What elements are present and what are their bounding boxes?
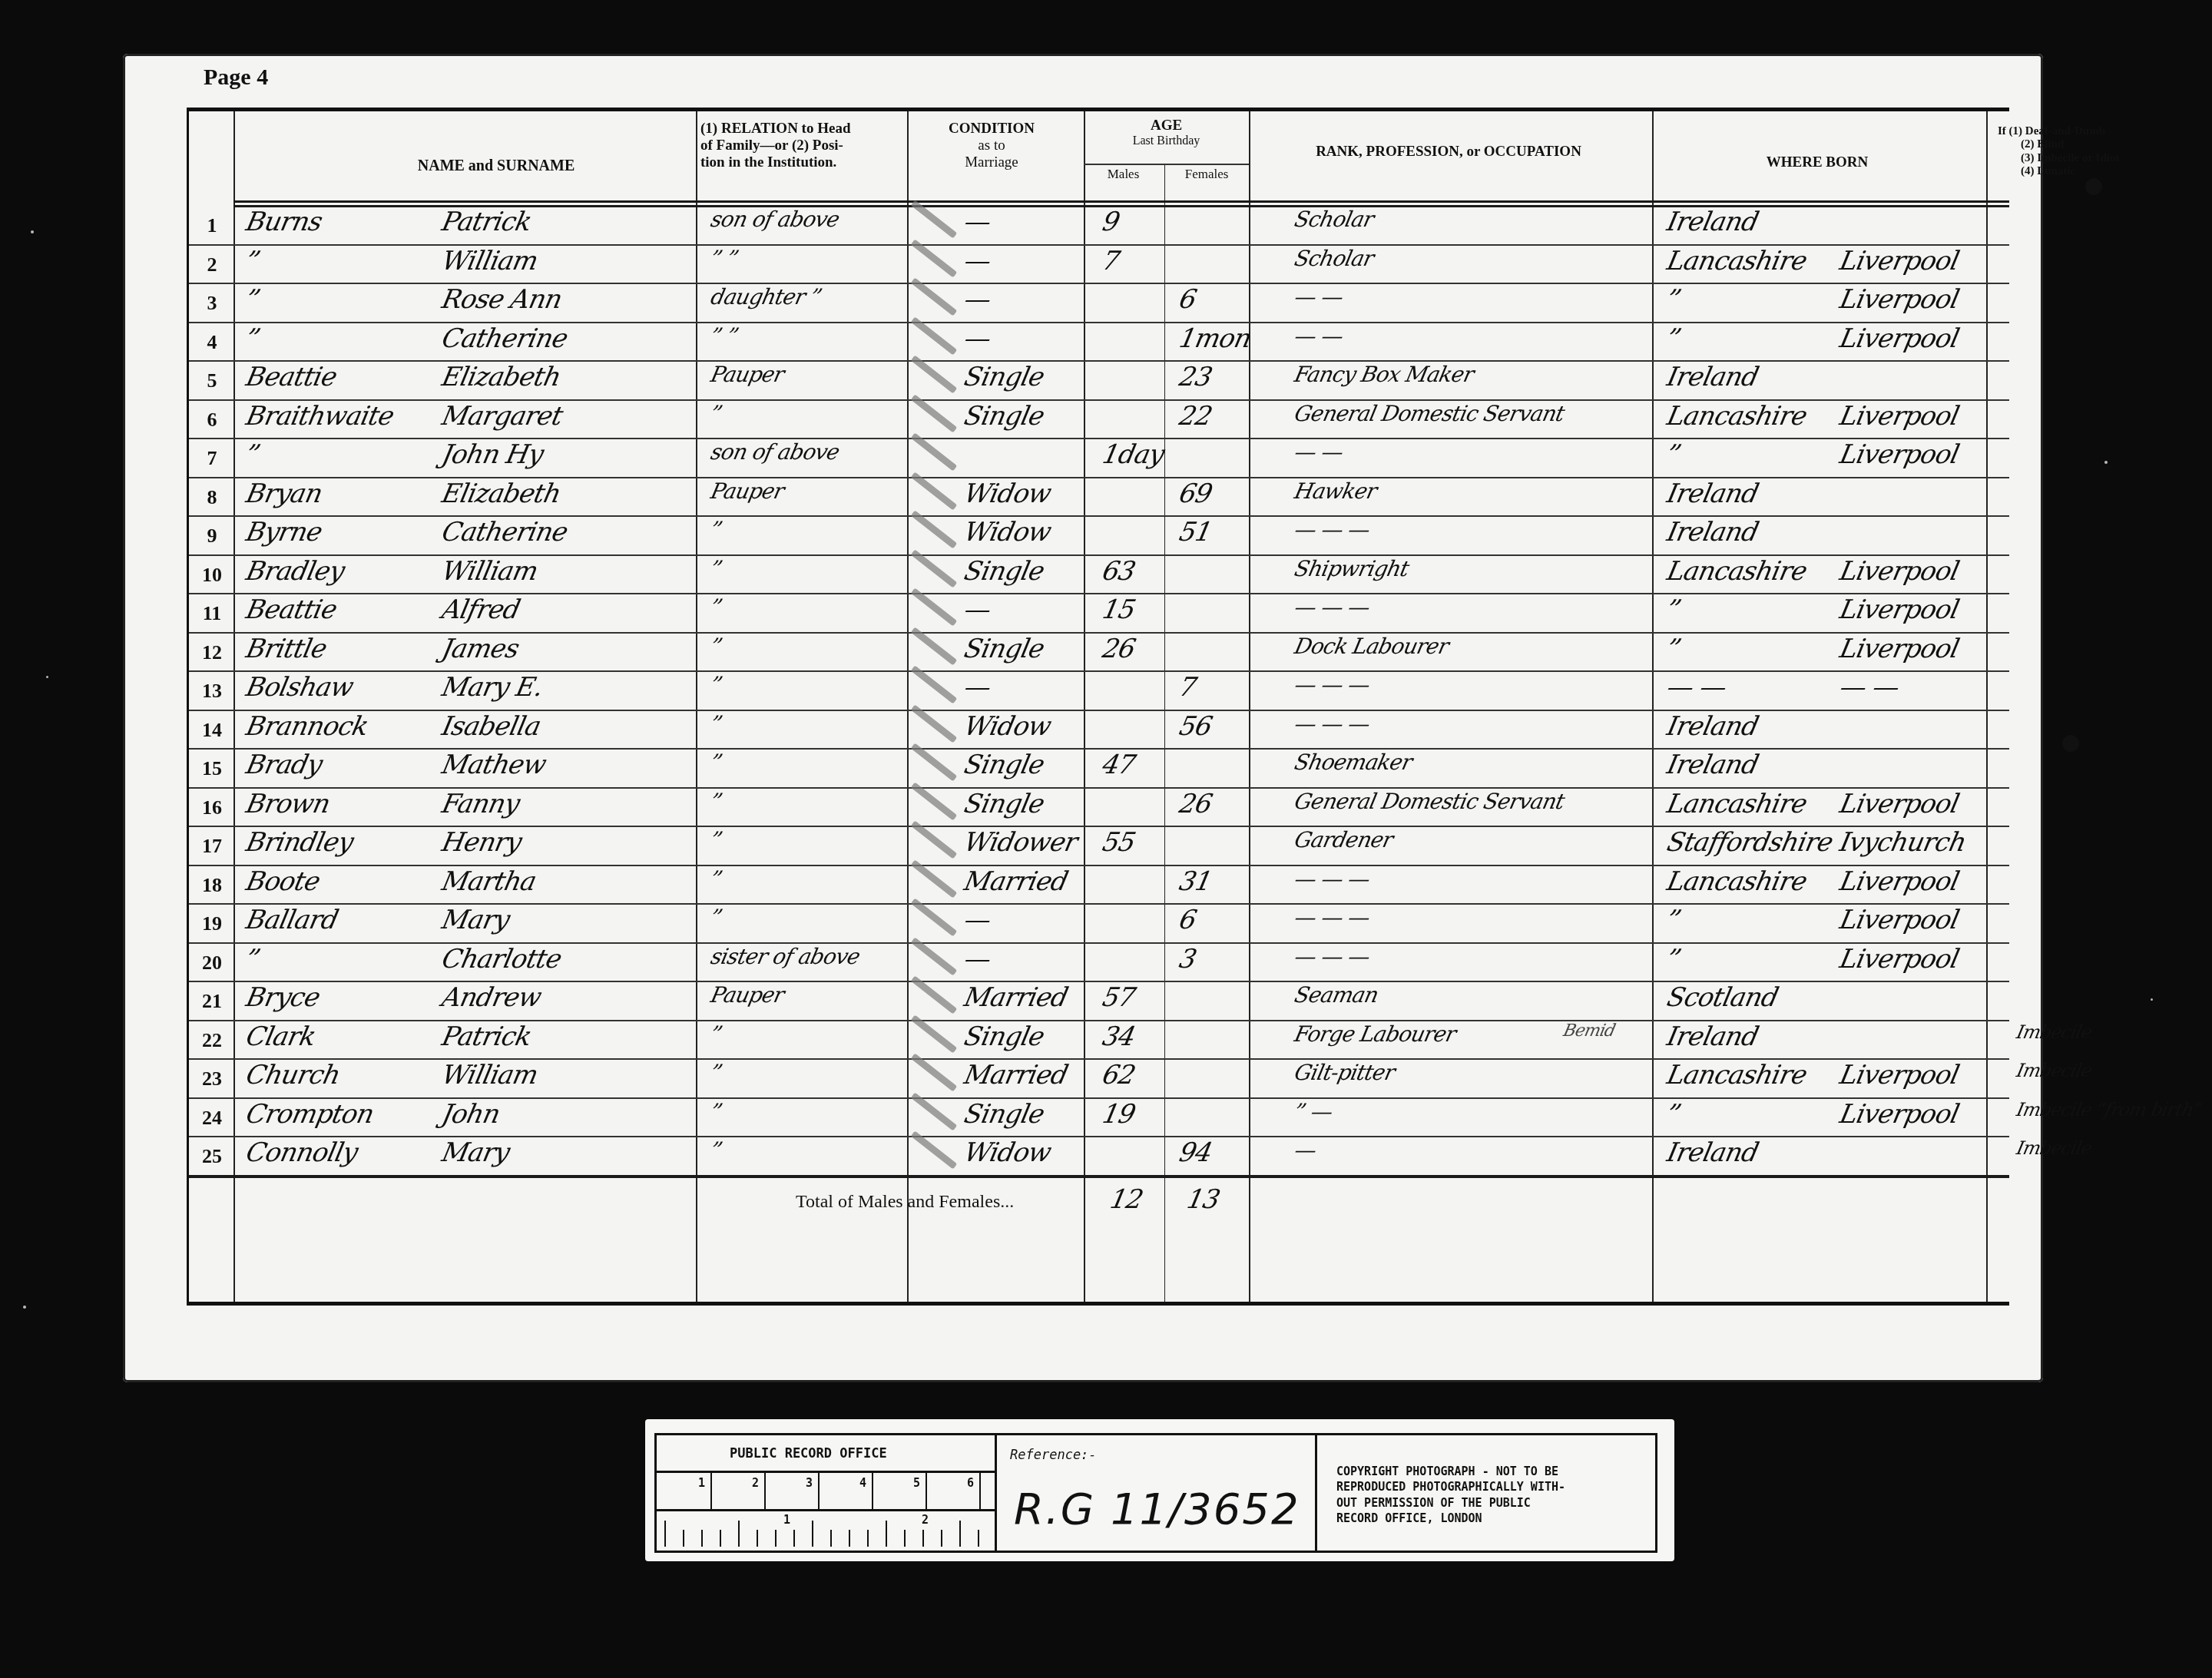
birthplace-county-cell: ” — [1664, 439, 1684, 470]
ruler-division — [872, 1473, 873, 1509]
occupation-note-cell: Bemid — [1561, 1021, 1616, 1041]
ruler-number: 5 — [913, 1476, 920, 1490]
birthplace-county-cell: ” — [1664, 323, 1684, 354]
age-female-cell: 51 — [1177, 517, 1215, 548]
header-age-subtitle: Last Birthday — [1084, 134, 1249, 148]
forename-cell: Elizabeth — [439, 362, 564, 392]
relation-cell: ” — [708, 401, 724, 426]
forename-cell: Mary E. — [439, 672, 545, 703]
birthplace-town-cell: Liverpool — [1837, 944, 1962, 975]
relation-cell: ” — [708, 905, 724, 930]
table-row: 4”Catherine” ”—1mon— —”Liverpool — [189, 322, 2009, 361]
forename-cell: Alfred — [439, 594, 523, 625]
ruler-division — [818, 1473, 820, 1509]
row-number: 25 — [189, 1145, 235, 1168]
age-female-cell: 1mon — [1177, 323, 1254, 354]
birthplace-county-cell: ” — [1664, 1099, 1684, 1130]
condition-cell: Widow — [962, 1137, 1054, 1168]
copyright-line: RECORD OFFICE, LONDON — [1336, 1511, 1565, 1526]
ruler-tick — [720, 1530, 721, 1547]
age-male-cell: 26 — [1100, 634, 1138, 664]
table-row: 19BallardMary”—6— — —”Liverpool — [189, 903, 2009, 942]
ruler-tick — [959, 1521, 961, 1547]
surname-cell: ” — [243, 284, 263, 315]
pencil-tally-mark — [911, 975, 958, 1014]
table-row: 6BraithwaiteMargaret”Single22General Dom… — [189, 399, 2009, 439]
age-male-cell: 1day — [1100, 439, 1167, 470]
surname-cell: Burns — [243, 207, 325, 237]
header-relation-line: of Family—or (2) Posi- — [700, 137, 908, 154]
row-number: 3 — [189, 292, 235, 315]
pencil-tally-mark — [911, 394, 958, 432]
ruler-tick — [812, 1521, 813, 1547]
age-male-cell: 34 — [1100, 1021, 1138, 1052]
ruler-division — [926, 1473, 927, 1509]
birthplace-town-cell: Liverpool — [1837, 866, 1962, 897]
header-infirmity: If (1) Deaf-and-Dumb (2) Blind (3) Imbec… — [1998, 125, 2174, 178]
table-row: 12BrittleJames”Single26Dock Labourer”Liv… — [189, 632, 2009, 671]
ruler-divider — [657, 1509, 995, 1511]
forename-cell: John — [439, 1099, 502, 1130]
birthplace-county-cell: Ireland — [1664, 1021, 1761, 1052]
surname-cell: Byrne — [243, 517, 325, 548]
condition-cell: Married — [962, 866, 1071, 897]
pencil-tally-mark — [911, 587, 958, 626]
relation-cell: ” — [708, 1137, 724, 1163]
copyright-line: OUT PERMISSION OF THE PUBLIC — [1336, 1495, 1565, 1511]
row-number: 10 — [189, 564, 235, 587]
relation-cell: ” — [708, 750, 724, 775]
row-number: 9 — [189, 525, 235, 548]
table-row: 23ChurchWilliam”Married62Gilt-pitterLanc… — [189, 1058, 2009, 1097]
relation-cell: sister of above — [708, 944, 862, 969]
forename-cell: Martha — [439, 866, 539, 897]
surname-cell: Bolshaw — [243, 672, 356, 703]
row-number: 14 — [189, 719, 235, 742]
reference-value: R.G 11/3652 — [1014, 1484, 1300, 1534]
pencil-tally-mark — [911, 549, 958, 587]
pencil-tally-mark — [911, 859, 958, 898]
row-number: 24 — [189, 1107, 235, 1130]
age-male-cell: 55 — [1100, 827, 1138, 858]
row-number: 13 — [189, 680, 235, 703]
surname-cell: Beattie — [243, 594, 339, 625]
surname-cell: Brown — [243, 789, 333, 819]
condition-cell: Single — [962, 362, 1047, 392]
header-condition-line: Marriage — [907, 154, 1076, 171]
pencil-tally-mark — [911, 743, 958, 781]
age-female-cell: 23 — [1177, 362, 1215, 392]
table-row: 17BrindleyHenry”Widower55GardenerStaffor… — [189, 826, 2009, 865]
occupation-cell: — — — [1292, 323, 1345, 349]
forename-cell: Mary — [439, 905, 512, 935]
total-males: 12 — [1108, 1184, 1146, 1215]
surname-cell: Bryan — [243, 478, 325, 509]
header-where-born: WHERE BORN — [1652, 154, 1982, 171]
surname-cell: Ballard — [243, 905, 341, 935]
public-record-office-title: PUBLIC RECORD OFFICE — [730, 1445, 887, 1463]
surname-cell: Church — [243, 1060, 343, 1091]
condition-cell: — — [962, 905, 994, 935]
condition-cell: Single — [962, 1099, 1047, 1130]
table-row: 13BolshawMary E.”—7— — —— —— — — [189, 670, 2009, 710]
condition-cell: Married — [962, 1060, 1071, 1091]
occupation-cell: Shipwright — [1292, 556, 1411, 581]
surname-cell: Bryce — [243, 982, 323, 1013]
table-row: 9ByrneCatherine”Widow51— — —Ireland — [189, 515, 2009, 554]
film-speck — [2151, 998, 2153, 1001]
header-relation-line: (1) RELATION to Head — [700, 121, 908, 137]
occupation-cell: Hawker — [1292, 478, 1379, 504]
table-row: 24CromptonJohn”Single19” —”LiverpoolImbe… — [189, 1097, 2009, 1137]
row-number: 18 — [189, 874, 235, 897]
occupation-cell: — — — — [1292, 866, 1372, 892]
relation-cell: ” — [708, 556, 724, 581]
birthplace-town-cell: Liverpool — [1837, 401, 1962, 432]
surname-cell: Boote — [243, 866, 323, 897]
birthplace-town-cell: Liverpool — [1837, 905, 1962, 935]
forename-cell: Andrew — [439, 982, 544, 1013]
pencil-tally-mark — [911, 820, 958, 859]
surname-cell: ” — [243, 246, 263, 276]
forename-cell: Patrick — [439, 207, 535, 237]
table-row: 8BryanElizabethPauperWidow69HawkerIrelan… — [189, 477, 2009, 516]
row-number: 17 — [189, 835, 235, 858]
condition-cell: — — [962, 944, 994, 975]
age-subheader-rule — [1084, 164, 1249, 165]
pencil-tally-mark — [911, 1053, 958, 1091]
ruler-tick — [904, 1530, 906, 1547]
occupation-cell: — — — — [1292, 944, 1372, 969]
table-row: 16BrownFanny”Single26General Domestic Se… — [189, 787, 2009, 826]
birthplace-county-cell: Lancashire — [1664, 1060, 1810, 1091]
condition-cell: Widow — [962, 517, 1054, 548]
relation-cell: ” — [708, 1021, 724, 1047]
condition-cell: — — [962, 672, 994, 703]
header-relation-line: tion in the Institution. — [700, 154, 908, 171]
table-row: 18BooteMartha”Married31— — —LancashireLi… — [189, 865, 2009, 904]
age-female-cell: 56 — [1177, 711, 1215, 742]
totals-label: Total of Males and Females... — [796, 1192, 1014, 1213]
occupation-cell: Forge Labourer — [1292, 1021, 1458, 1047]
pencil-tally-mark — [911, 704, 958, 743]
birthplace-county-cell: Ireland — [1664, 478, 1761, 509]
birthplace-county-cell: ” — [1664, 944, 1684, 975]
pencil-tally-mark — [911, 510, 958, 548]
occupation-cell: Gilt-pitter — [1292, 1060, 1396, 1085]
ruler-tick — [775, 1530, 777, 1547]
ruler-tick — [701, 1530, 703, 1547]
birthplace-county-cell: Ireland — [1664, 1137, 1761, 1168]
row-number: 4 — [189, 331, 235, 354]
occupation-cell: — — — — [1292, 594, 1372, 620]
header-age: AGE Last Birthday — [1084, 117, 1249, 148]
surname-cell: Connolly — [243, 1137, 360, 1168]
surname-cell: Beattie — [243, 362, 339, 392]
birthplace-town-cell: Liverpool — [1837, 1099, 1962, 1130]
row-number: 2 — [189, 253, 235, 276]
birthplace-county-cell: Ireland — [1664, 750, 1761, 780]
table-row: 7”John Hyson of above1day— —”Liverpool — [189, 438, 2009, 477]
pencil-tally-mark — [911, 937, 958, 975]
age-female-cell: 6 — [1177, 905, 1199, 935]
birthplace-county-cell: Lancashire — [1664, 789, 1810, 819]
header-infirmity-line: If (1) Deaf-and-Dumb — [1998, 125, 2174, 138]
birthplace-town-cell: — — — [1837, 672, 1902, 703]
birthplace-county-cell: Scotland — [1664, 982, 1781, 1013]
header-condition: CONDITION as to Marriage — [907, 121, 1076, 171]
table-row: 25ConnollyMary”Widow94—IrelandImbecile — [189, 1136, 2009, 1175]
copyright-line: COPYRIGHT PHOTOGRAPH - NOT TO BE — [1336, 1464, 1565, 1479]
totals-rule — [189, 1175, 2009, 1178]
birthplace-county-cell: Lancashire — [1664, 246, 1810, 276]
forename-cell: Henry — [439, 827, 525, 858]
infirmity-cell: Imbecile “from birth” — [2015, 1099, 2204, 1120]
relation-cell: son of above — [708, 207, 841, 232]
condition-cell: Married — [962, 982, 1071, 1013]
row-number: 15 — [189, 757, 235, 780]
total-females: 13 — [1184, 1184, 1223, 1215]
ruler-division — [710, 1473, 712, 1509]
record-office-label: PUBLIC RECORD OFFICE Reference:- R.G 11/… — [645, 1419, 1674, 1561]
birthplace-town-cell: Liverpool — [1837, 594, 1962, 625]
pencil-tally-mark — [911, 277, 958, 316]
surname-cell: ” — [243, 323, 263, 354]
relation-cell: ” — [708, 672, 724, 697]
relation-cell: ” — [708, 1099, 724, 1124]
condition-cell: — — [962, 207, 994, 237]
surname-cell: Braithwaite — [243, 401, 396, 432]
table-row: 10BradleyWilliam”Single63ShipwrightLanca… — [189, 554, 2009, 594]
age-female-cell: 6 — [1177, 284, 1199, 315]
table-row: 2”William” ”—7ScholarLancashireLiverpool — [189, 244, 2009, 283]
row-number: 16 — [189, 796, 235, 819]
copyright-notice: COPYRIGHT PHOTOGRAPH - NOT TO BE REPRODU… — [1336, 1464, 1565, 1526]
table-row: 14BrannockIsabella”Widow56— — —Ireland — [189, 710, 2009, 749]
age-male-cell: 57 — [1100, 982, 1138, 1013]
pencil-tally-mark — [911, 898, 958, 936]
age-female-cell: 94 — [1177, 1137, 1215, 1168]
forename-cell: William — [439, 1060, 541, 1091]
condition-cell: — — [962, 594, 994, 625]
forename-cell: Patrick — [439, 1021, 535, 1052]
condition-cell: Single — [962, 556, 1047, 587]
ruler-tick — [793, 1530, 795, 1547]
pencil-tally-mark — [911, 627, 958, 665]
ruler-number: 3 — [806, 1476, 813, 1490]
relation-cell: ” — [708, 789, 724, 814]
pencil-tally-mark — [911, 200, 958, 238]
pencil-tally-mark — [911, 1092, 958, 1130]
birthplace-county-cell: ” — [1664, 284, 1684, 315]
forename-cell: William — [439, 246, 541, 276]
relation-cell: ” — [708, 517, 724, 542]
row-number: 23 — [189, 1067, 235, 1091]
census-table: NAME and SURNAME (1) RELATION to Head of… — [187, 108, 2009, 1306]
relation-cell: ” ” — [708, 246, 740, 271]
relation-cell: Pauper — [708, 982, 786, 1008]
birthplace-town-cell: Liverpool — [1837, 634, 1962, 664]
table-row: 1BurnsPatrickson of above—9ScholarIrelan… — [189, 205, 2009, 244]
reference-label: Reference:- — [1010, 1447, 1097, 1465]
ruler-number: 1 — [783, 1513, 790, 1527]
birthplace-county-cell: — — — [1664, 672, 1729, 703]
pencil-tally-mark — [911, 316, 958, 355]
film-speck — [23, 1306, 26, 1309]
age-male-cell: 47 — [1100, 750, 1138, 780]
ruler-tick — [978, 1530, 979, 1547]
ruler-tick — [664, 1521, 666, 1547]
header-rule — [233, 200, 2009, 203]
relation-cell: ” — [708, 634, 724, 659]
row-number: 22 — [189, 1029, 235, 1052]
relation-cell: ” ” — [708, 323, 740, 349]
table-row: 21BryceAndrewPauperMarried57SeamanScotla… — [189, 981, 2009, 1020]
table-row: 22ClarkPatrick”Single34Forge LabourerBem… — [189, 1020, 2009, 1059]
condition-cell: Single — [962, 789, 1047, 819]
pencil-tally-mark — [911, 239, 958, 277]
ruler-tick — [849, 1530, 850, 1547]
condition-cell: Single — [962, 750, 1047, 780]
header-name: NAME and SURNAME — [296, 157, 696, 175]
ruler-number: 2 — [752, 1476, 759, 1490]
header-age-females: Females — [1164, 167, 1249, 182]
birthplace-town-cell: Liverpool — [1837, 439, 1962, 470]
header-infirmity-line: (4) Lunatic — [1998, 165, 2174, 178]
ruler-tick — [941, 1530, 942, 1547]
birthplace-county-cell: Lancashire — [1664, 556, 1810, 587]
occupation-cell: — — — — [1292, 711, 1372, 736]
film-speck — [46, 676, 48, 678]
relation-cell: ” — [708, 866, 724, 892]
birthplace-county-cell: Ireland — [1664, 711, 1761, 742]
condition-cell: Single — [962, 401, 1047, 432]
surname-cell: Brittle — [243, 634, 329, 664]
forename-cell: Mathew — [439, 750, 548, 780]
row-number: 8 — [189, 486, 235, 509]
infirmity-cell: Imbecile — [2015, 1021, 2094, 1043]
birthplace-town-cell: Liverpool — [1837, 284, 1962, 315]
row-number: 11 — [189, 602, 235, 625]
surname-cell: Clark — [243, 1021, 319, 1052]
birthplace-town-cell: Liverpool — [1837, 323, 1962, 354]
ink-blot — [2062, 735, 2079, 752]
birthplace-county-cell: ” — [1664, 905, 1684, 935]
age-male-cell: 15 — [1100, 594, 1138, 625]
forename-cell: Catherine — [439, 323, 571, 354]
occupation-cell: — — — — [1292, 517, 1372, 542]
birthplace-county-cell: Lancashire — [1664, 866, 1810, 897]
condition-cell: Widow — [962, 711, 1054, 742]
surname-cell: Brindley — [243, 827, 356, 858]
age-male-cell: 19 — [1100, 1099, 1138, 1130]
forename-cell: Charlotte — [439, 944, 565, 975]
occupation-cell: ” — — [1292, 1099, 1334, 1124]
occupation-cell: Shoemaker — [1292, 750, 1414, 775]
condition-cell: — — [962, 284, 994, 315]
occupation-cell: — — — — [1292, 672, 1372, 697]
ruler-division — [764, 1473, 766, 1509]
forename-cell: John Hy — [439, 439, 546, 470]
age-male-cell: 7 — [1100, 246, 1122, 276]
birthplace-county-cell: ” — [1664, 634, 1684, 664]
row-number: 21 — [189, 990, 235, 1013]
occupation-cell: Seaman — [1292, 982, 1380, 1008]
relation-cell: ” — [708, 711, 724, 736]
pencil-tally-mark — [911, 1014, 958, 1053]
row-number: 12 — [189, 641, 235, 664]
surname-cell: ” — [243, 439, 263, 470]
header-infirmity-line: (2) Blind — [1998, 138, 2174, 151]
pencil-tally-mark — [911, 1130, 958, 1169]
header-condition-line: CONDITION — [907, 121, 1076, 137]
pencil-tally-mark — [911, 472, 958, 510]
birthplace-town-cell: Ivychurch — [1837, 827, 1969, 858]
infirmity-cell: Imbecile — [2015, 1137, 2094, 1159]
row-number: 1 — [189, 214, 235, 237]
ruler-divider — [657, 1471, 995, 1473]
header-infirmity-line: (3) Imbecile or Idiot — [1998, 152, 2174, 165]
surname-cell: ” — [243, 944, 263, 975]
header-occupation: RANK, PROFESSION, or OCCUPATION — [1249, 144, 1648, 161]
occupation-cell: — — — — [1292, 905, 1372, 930]
header-condition-line: as to — [907, 137, 1076, 154]
condition-cell: — — [962, 246, 994, 276]
relation-cell: daughter ” — [708, 284, 823, 309]
age-female-cell: 26 — [1177, 789, 1215, 819]
age-female-cell: 22 — [1177, 401, 1215, 432]
ruler-number: 1 — [698, 1476, 705, 1490]
row-number: 19 — [189, 912, 235, 935]
age-male-cell: 63 — [1100, 556, 1138, 587]
ruler-division — [979, 1473, 981, 1509]
relation-cell: ” — [708, 1060, 724, 1085]
header-age-males: Males — [1084, 167, 1163, 182]
ruler-tick — [738, 1521, 740, 1547]
table-row: 20”Charlottesister of above—3— — —”Liver… — [189, 942, 2009, 981]
ruler-tick — [867, 1530, 869, 1547]
surname-cell: Brannock — [243, 711, 371, 742]
birthplace-county-cell: Lancashire — [1664, 401, 1810, 432]
surname-cell: Brady — [243, 750, 325, 780]
forename-cell: William — [439, 556, 541, 587]
occupation-cell: General Domestic Servant — [1292, 789, 1566, 814]
ink-blot — [2085, 178, 2102, 195]
relation-cell: son of above — [708, 439, 841, 465]
age-female-cell: 31 — [1177, 866, 1215, 897]
surname-cell: Bradley — [243, 556, 347, 587]
pencil-tally-mark — [911, 665, 958, 703]
birthplace-county-cell: Staffordshire — [1664, 827, 1836, 858]
birthplace-county-cell: Ireland — [1664, 517, 1761, 548]
header-relation: (1) RELATION to Head of Family—or (2) Po… — [696, 121, 908, 171]
birthplace-town-cell: Liverpool — [1837, 789, 1962, 819]
forename-cell: Isabella — [439, 711, 544, 742]
birthplace-county-cell: ” — [1664, 594, 1684, 625]
condition-cell: Widower — [962, 827, 1080, 858]
surname-cell: Crompton — [243, 1099, 376, 1130]
ruler-number: 6 — [967, 1476, 974, 1490]
occupation-cell: Scholar — [1292, 207, 1376, 232]
ruler-tick — [757, 1530, 758, 1547]
occupation-cell: General Domestic Servant — [1292, 401, 1566, 426]
ruler-tick — [830, 1530, 832, 1547]
occupation-cell: Fancy Box Maker — [1292, 362, 1475, 387]
forename-cell: Mary — [439, 1137, 512, 1168]
birthplace-town-cell: Liverpool — [1837, 246, 1962, 276]
birthplace-county-cell: Ireland — [1664, 362, 1761, 392]
ruler-tick — [886, 1521, 887, 1547]
